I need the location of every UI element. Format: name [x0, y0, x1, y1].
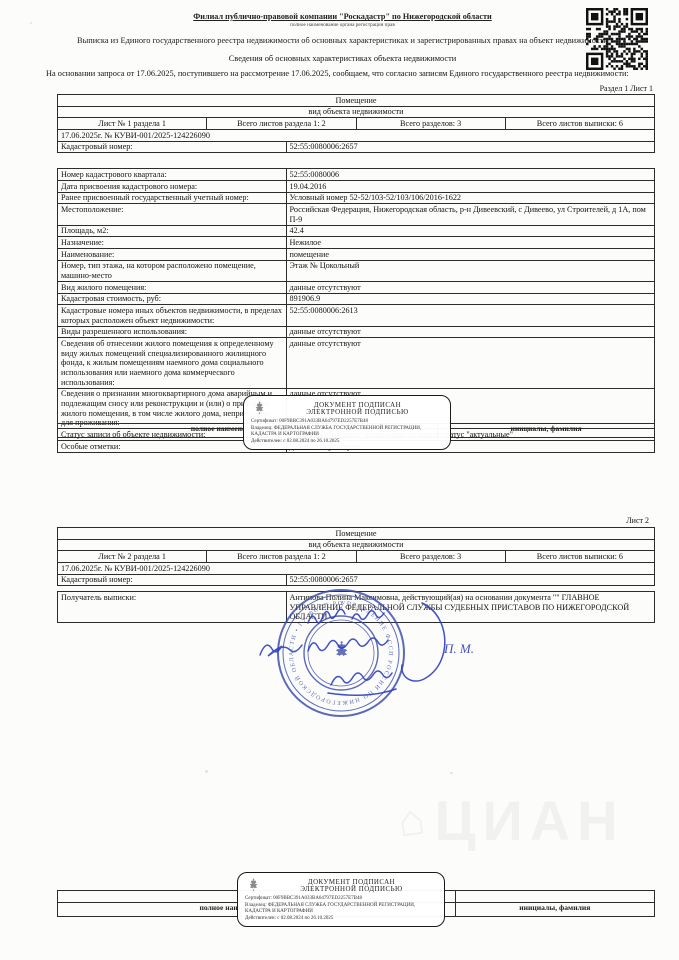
cadastral-number-table: Кадастровый номер: 52:55:0080006:2657: [57, 141, 655, 154]
esign-title-line2: ЭЛЕКТРОННОЙ ПОДПИСЬЮ: [272, 409, 443, 416]
round-stamp-and-signature: УПРАВЛЕНИЕ ФССП РОССИИ ПО НИЖЕГОРОДСКОЙ …: [236, 581, 498, 731]
scan-speck: [30, 22, 32, 24]
sheet-col-2: Всего листов раздела 1: 2: [207, 118, 356, 130]
object-type-table-2: Помещение вид объекта недвижимости: [57, 527, 655, 551]
watermark-text: ЦИАН: [435, 788, 625, 853]
handwritten-signature: [260, 603, 445, 695]
attr-label: Местоположение:: [58, 204, 287, 225]
signature-block-2: полное наименование должности инициалы, …: [57, 890, 655, 917]
signature-initials: П. М.: [443, 641, 474, 656]
signature-block-1: полное наименование должности инициалы, …: [57, 423, 655, 438]
eagle-emblem-icon: [251, 400, 268, 417]
document-subtitle: Сведения об основных характеристиках объ…: [45, 54, 640, 63]
esign-stamp-2: ДОКУМЕНТ ПОДПИСАН ЭЛЕКТРОННОЙ ПОДПИСЬЮ С…: [237, 872, 445, 927]
attr-value: 19.04.2016: [286, 181, 655, 193]
attr-value: данные отсутствуют: [286, 282, 655, 294]
object-type-table: Помещение вид объекта недвижимости: [57, 94, 655, 118]
sheet-col-1: Лист № 2 раздела 1: [58, 551, 207, 563]
esign-title-line1: ДОКУМЕНТ ПОДПИСАН: [272, 402, 443, 409]
sheet-col-4: Всего листов выписки: 6: [505, 118, 654, 130]
esign-title-line2: ЭЛЕКТРОННОЙ ПОДПИСЬЮ: [266, 886, 437, 893]
attr-label: Назначение:: [58, 237, 287, 249]
attr-value: 891906.9: [286, 293, 655, 305]
scan-speck: [450, 772, 453, 774]
attr-value: данные отсутствуют: [286, 326, 655, 338]
sheet-col-3: Всего разделов: 3: [356, 118, 505, 130]
sheet-col-1: Лист № 1 раздела 1: [58, 118, 207, 130]
org-caption: полное наименование органа регистрации п…: [45, 22, 640, 28]
document-page: Филиал публично-правовой компании "Роска…: [0, 0, 679, 960]
sheet2-mark: Лист 2: [626, 516, 649, 525]
esign-owner: Владелец: ФЕДЕРАЛЬНАЯ СЛУЖБА ГОСУДАРСТВЕ…: [245, 903, 437, 916]
esign-owner: Владелец: ФЕДЕРАЛЬНАЯ СЛУЖБА ГОСУДАРСТВЕ…: [251, 426, 443, 439]
attr-label: Наименование:: [58, 249, 287, 261]
attr-value: Российская Федерация, Нижегородская обла…: [286, 204, 655, 225]
attr-label: Виды разрешенного использования:: [58, 326, 287, 338]
request-number: 17.06.2025г. № КУВИ-001/2025-124226090: [58, 563, 655, 575]
attr-value: 52:55:0080006: [286, 169, 655, 181]
object-type-caption: вид объекта недвижимости: [58, 539, 655, 551]
object-type: Помещение: [58, 528, 655, 540]
attr-value: Условный номер 52-52/103-52/103/106/2016…: [286, 192, 655, 204]
attr-value: помещение: [286, 249, 655, 261]
sheet-col-4: Всего листов выписки: 6: [505, 551, 654, 563]
attr-value: Этаж № Цокольный: [286, 260, 655, 281]
attr-label: Номер кадастрового квартала:: [58, 169, 287, 181]
attr-label: Ранее присвоенный государственный учетны…: [58, 192, 287, 204]
document-header: Филиал публично-правовой компании "Роска…: [45, 12, 640, 63]
attr-value: данные отсутствуют: [286, 338, 655, 388]
watermark-house-icon: ⌂: [395, 794, 428, 847]
object-type: Помещение: [58, 95, 655, 107]
section-sheet-mark: Раздел 1 Лист 1: [600, 84, 653, 93]
cadastral-label: Кадастровый номер:: [58, 141, 287, 153]
esign-validity: Действителен: с 02.08.2024 по 26.10.2025: [251, 439, 443, 446]
signature-name-label: инициалы, фамилия: [438, 424, 655, 438]
attr-label: Кадастровая стоимость, руб:: [58, 293, 287, 305]
attr-value: 42.4: [286, 225, 655, 237]
org-name: Филиал публично-правовой компании "Роска…: [45, 12, 640, 21]
esign-title-line1: ДОКУМЕНТ ПОДПИСАН: [266, 879, 437, 886]
attr-value: 52:55:0080006:2613: [286, 305, 655, 326]
esign-validity: Действителен: с 02.08.2024 по 26.10.2025: [245, 916, 437, 923]
attr-label: Номер, тип этажа, на котором расположено…: [58, 260, 287, 281]
attr-label: Вид жилого помещения:: [58, 282, 287, 294]
attr-label: Кадастровые номера иных объектов недвижи…: [58, 305, 287, 326]
eagle-emblem-icon: [245, 877, 262, 894]
object-type-caption: вид объекта недвижимости: [58, 106, 655, 118]
attr-label: Площадь, м2:: [58, 225, 287, 237]
request-basis: На основании запроса от 17.06.2025, пост…: [46, 69, 646, 78]
attr-value: Нежилое: [286, 237, 655, 249]
sheet-col-3: Всего разделов: 3: [356, 551, 505, 563]
document-title: Выписка из Единого государственного реес…: [45, 36, 640, 45]
attr-label: Сведения об отнесении жилого помещения к…: [58, 338, 287, 388]
signature-name-label: инициалы, фамилия: [455, 903, 654, 917]
sheet-col-2: Всего листов раздела 1: 2: [207, 551, 356, 563]
attr-label: Дата присвоения кадастрового номера:: [58, 181, 287, 193]
watermark: ⌂ ЦИАН: [398, 788, 625, 853]
request-number: 17.06.2025г. № КУВИ-001/2025-124226090: [58, 130, 655, 142]
cadastral-value: 52:55:0080006:2657: [286, 141, 655, 153]
scan-speck: [205, 770, 208, 773]
esign-stamp-1: ДОКУМЕНТ ПОДПИСАН ЭЛЕКТРОННОЙ ПОДПИСЬЮ С…: [243, 395, 451, 450]
